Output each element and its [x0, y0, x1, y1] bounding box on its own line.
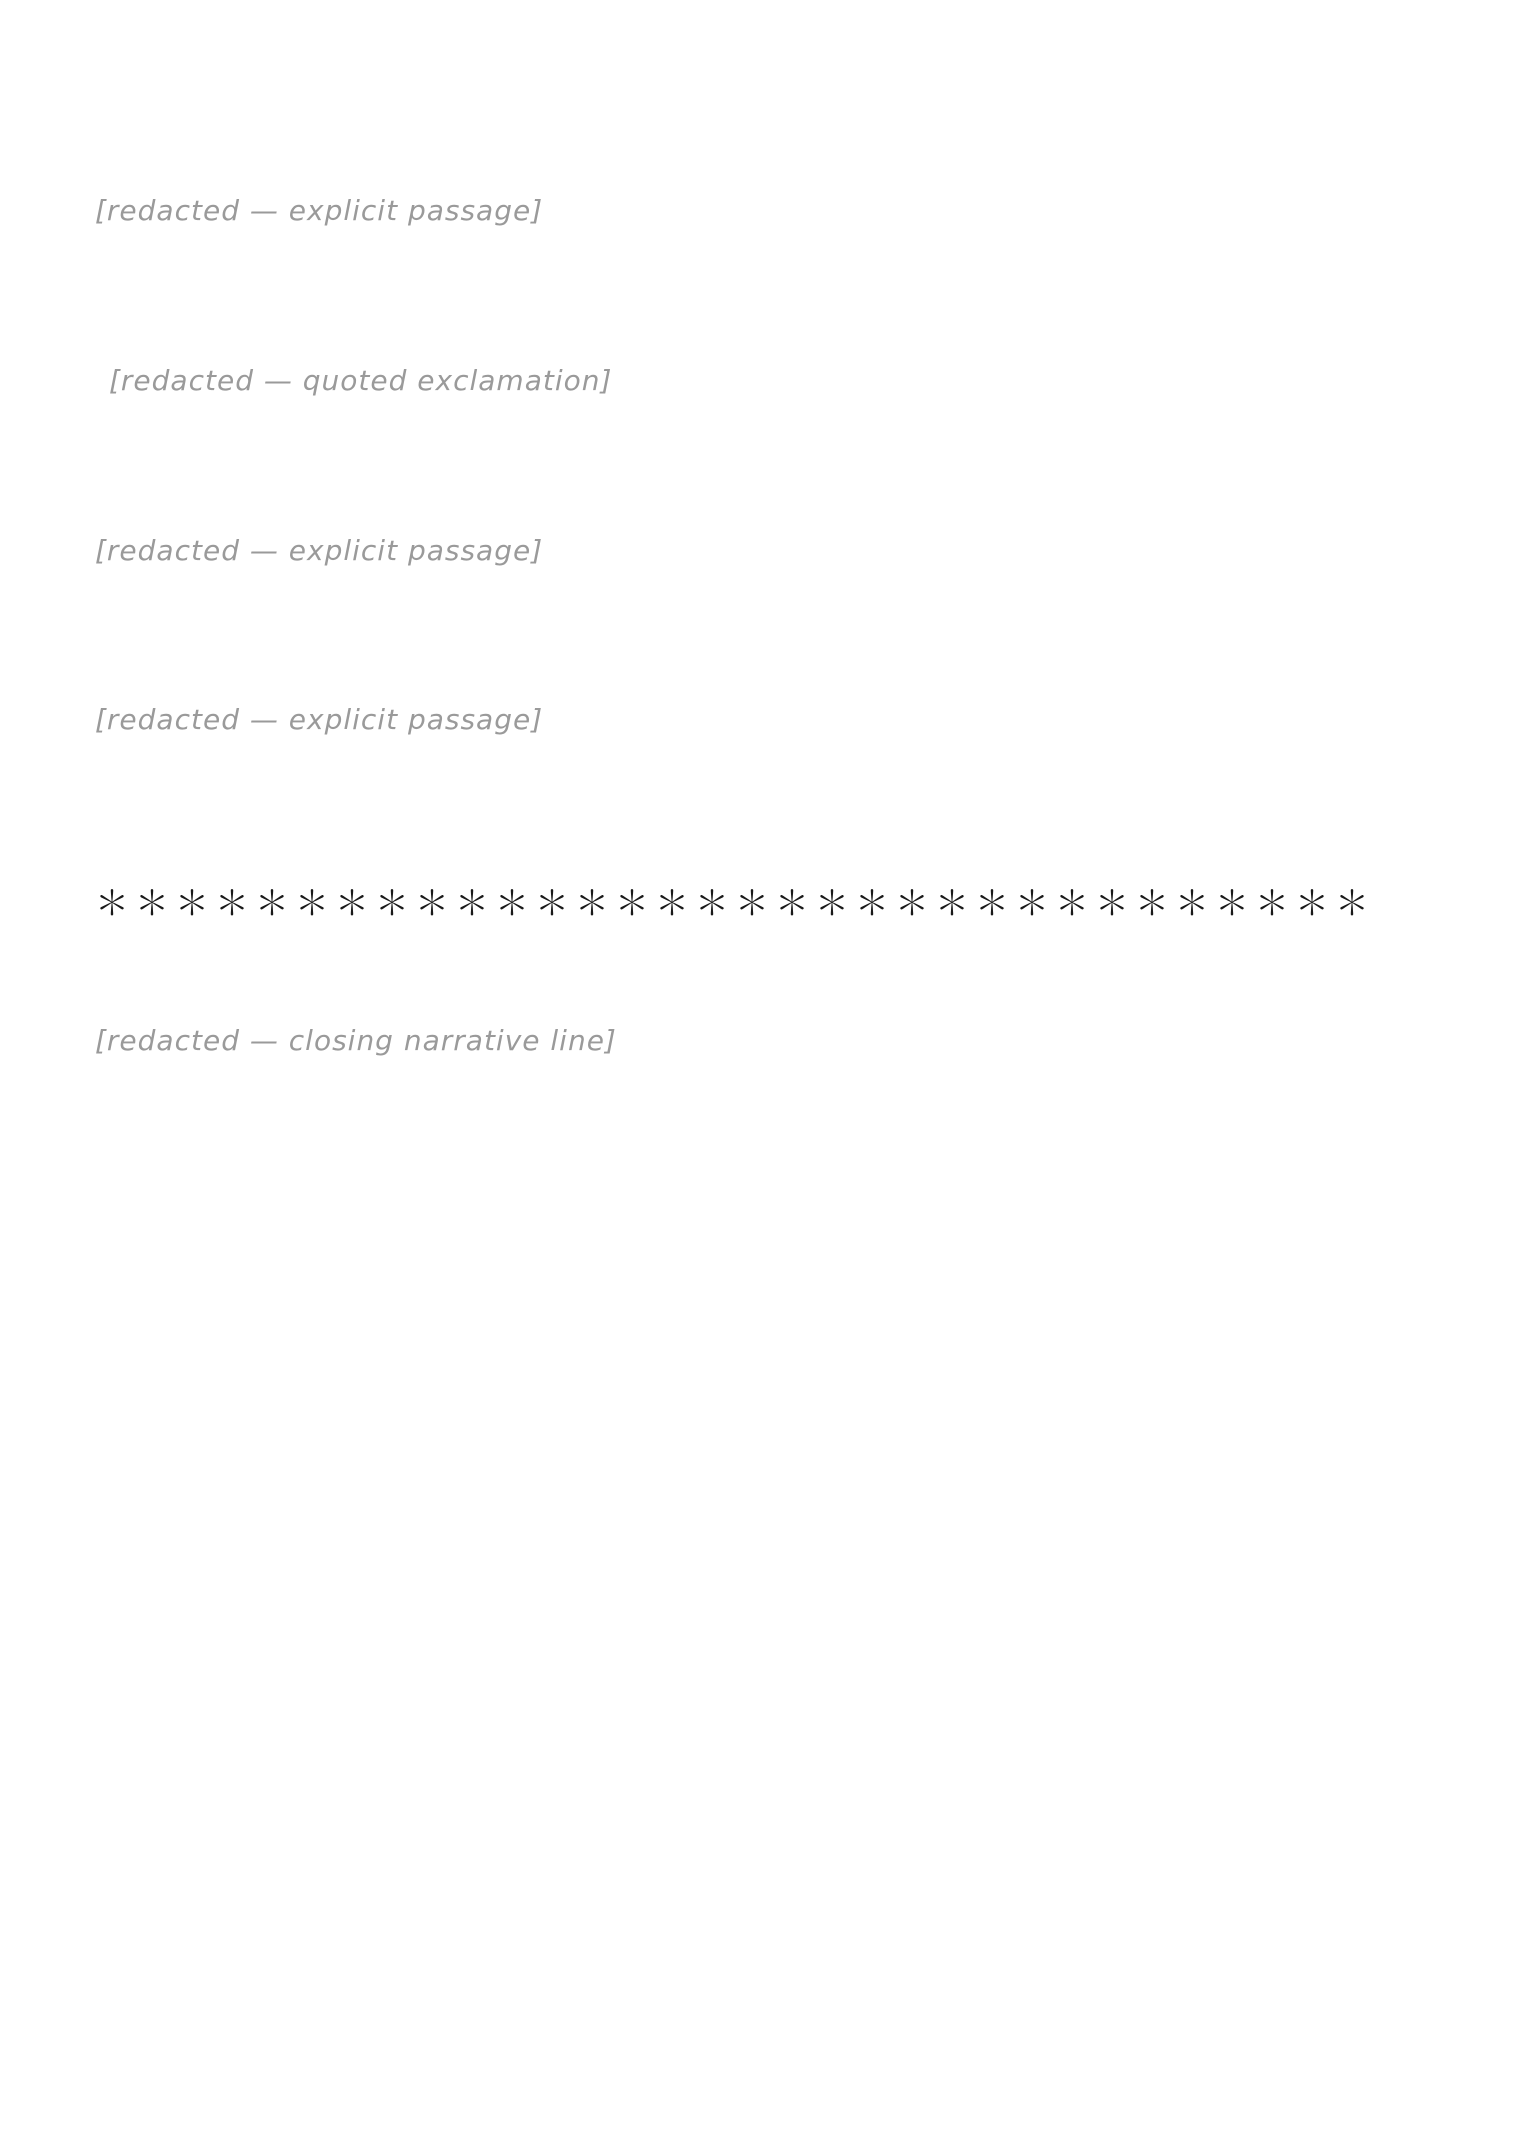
paragraph-3: [redacted — explicit passage]	[95, 525, 1418, 577]
paragraph-4-text: [redacted — explicit passage]	[95, 694, 1418, 746]
paragraph-5-text: [redacted — closing narrative line]	[95, 1015, 1418, 1067]
paragraph-4: [redacted — explicit passage]	[95, 694, 1418, 746]
paragraph-2-quote: [redacted — quoted exclamation]	[95, 355, 1418, 407]
paragraph-5: [redacted — closing narrative line]	[95, 1015, 1418, 1067]
paragraph-2-text: [redacted — quoted exclamation]	[109, 355, 1418, 407]
paragraph-1-text: [redacted — explicit passage]	[95, 185, 1418, 237]
paragraph-3-text: [redacted — explicit passage]	[95, 525, 1418, 577]
document-page: [redacted — explicit passage] [redacted …	[0, 0, 1513, 2150]
asterisk-divider: ＊＊＊＊＊＊＊＊＊＊＊＊＊＊＊＊＊＊＊＊＊＊＊＊＊＊＊＊＊＊＊＊	[95, 876, 1418, 925]
paragraph-1: [redacted — explicit passage]	[95, 185, 1418, 237]
